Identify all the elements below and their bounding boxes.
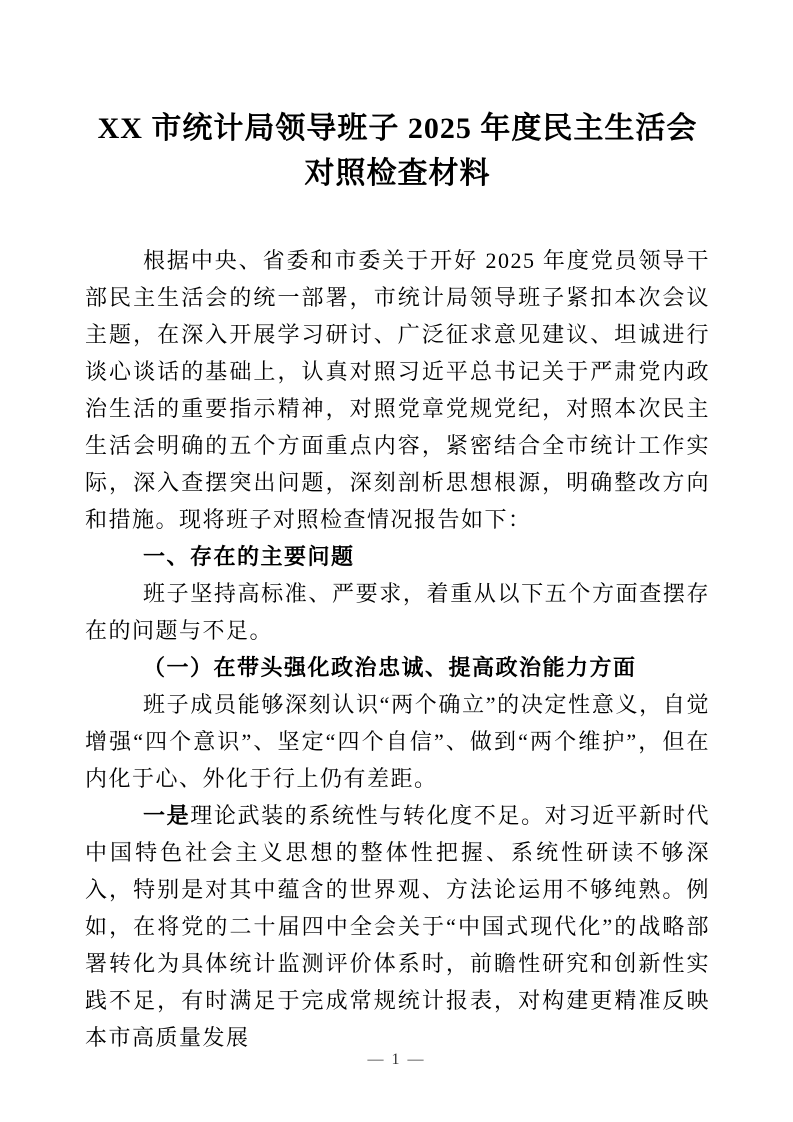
document-page: XX 市统计局领导班子 2025 年度民主生活会对照检查材料 根据中央、省委和市… <box>0 0 793 1122</box>
paragraph-lead-label: 一是 <box>143 803 190 828</box>
paragraph-first-issue-text: 理论武装的系统性与转化度不足。对习近平新时代中国特色社会主义思想的整体性把握、系… <box>85 803 710 1050</box>
subsection-heading-political-loyalty: （一）在带头强化政治忠诚、提高政治能力方面 <box>85 649 710 686</box>
paragraph-overview: 班子坚持高标准、严要求，着重从以下五个方面查摆存在的问题与不足。 <box>85 575 710 649</box>
paragraph-two-establishes: 班子成员能够深刻认识“两个确立”的决定性意义，自觉增强“四个意识”、坚定“四个自… <box>85 686 710 797</box>
page-footer: — 1 — <box>0 1050 793 1070</box>
paragraph-intro: 根据中央、省委和市委关于开好 2025 年度党员领导干部民主生活会的统一部署，市… <box>85 242 710 538</box>
page-number: — 1 — <box>368 1051 426 1068</box>
document-content: XX 市统计局领导班子 2025 年度民主生活会对照检查材料 根据中央、省委和市… <box>85 106 710 1056</box>
paragraph-first-issue: 一是理论武装的系统性与转化度不足。对习近平新时代中国特色社会主义思想的整体性把握… <box>85 797 710 1056</box>
section-heading-main-problems: 一、存在的主要问题 <box>85 538 710 575</box>
document-title: XX 市统计局领导班子 2025 年度民主生活会对照检查材料 <box>85 106 710 196</box>
